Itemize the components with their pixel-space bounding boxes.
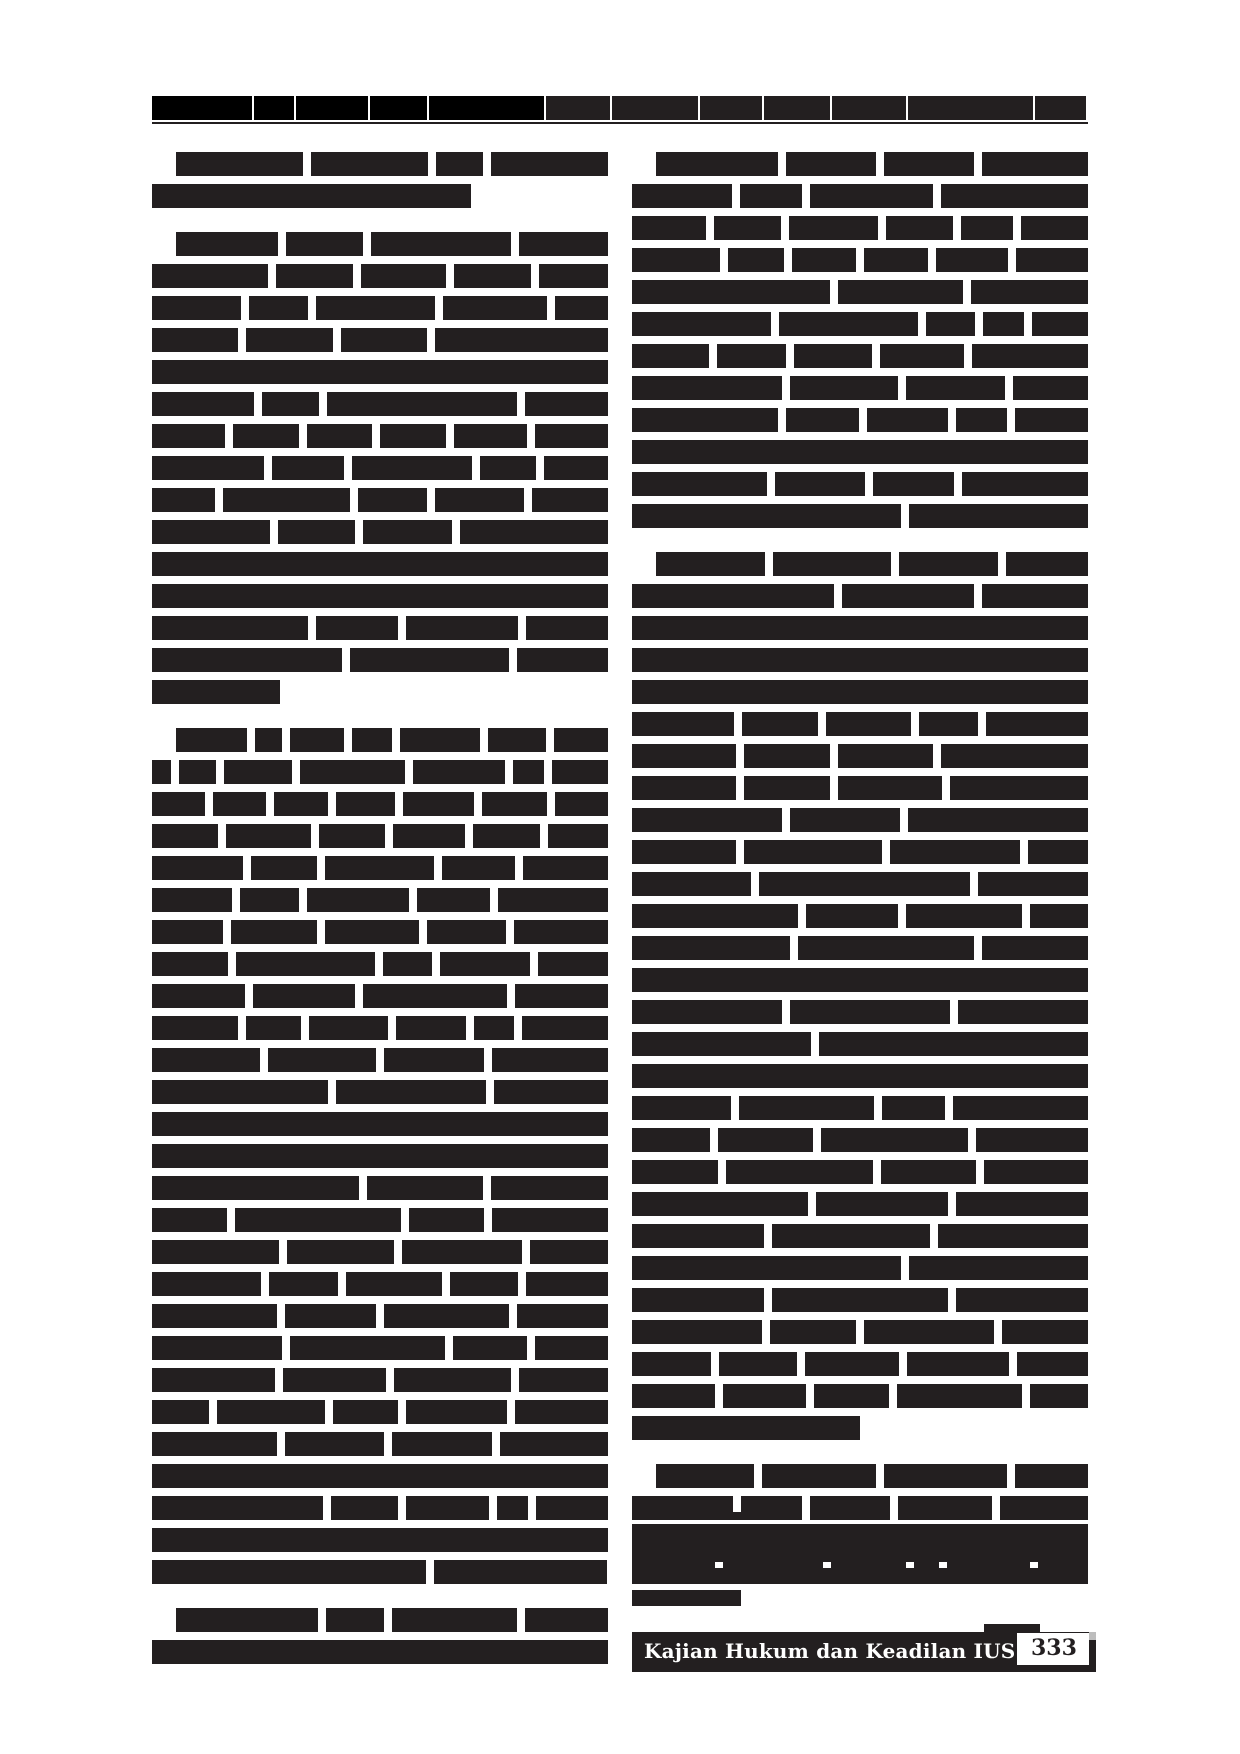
redacted-word	[1015, 1464, 1088, 1488]
redacted-word	[739, 1096, 874, 1120]
redacted-word	[152, 1240, 279, 1264]
redacted-word	[1017, 1352, 1088, 1376]
redacted-word	[517, 648, 608, 672]
redacted-word	[632, 648, 1088, 672]
footer-tab-decoration	[984, 1624, 1040, 1632]
redacted-word	[926, 312, 975, 336]
redacted-word	[231, 920, 317, 944]
redacted-word	[491, 1176, 608, 1200]
redacted-word	[838, 280, 963, 304]
redacted-word	[176, 232, 278, 256]
redacted-word	[971, 280, 1088, 304]
redacted-word	[956, 1192, 1088, 1216]
text-line	[632, 808, 1088, 832]
redacted-word	[539, 264, 608, 288]
redacted-word	[1013, 376, 1088, 400]
redacted-word	[346, 1272, 442, 1296]
redacted-word	[224, 760, 292, 784]
text-line	[632, 1224, 1088, 1248]
redacted-word	[443, 296, 547, 320]
redacted-word	[268, 1048, 376, 1072]
redacted-word	[262, 392, 319, 416]
redacted-word	[394, 1368, 511, 1392]
redacted-word	[632, 872, 751, 896]
redacted-word	[246, 1016, 301, 1040]
text-line	[632, 376, 1088, 400]
redacted-word	[498, 888, 608, 912]
redacted-word	[1030, 904, 1088, 928]
redacted-word	[656, 1464, 754, 1488]
redacted-word	[371, 232, 511, 256]
running-head-text-block	[546, 96, 610, 120]
redacted-word	[326, 1608, 384, 1632]
text-line	[632, 776, 1088, 800]
redacted-word	[632, 968, 1088, 992]
redacted-word	[656, 552, 765, 576]
redacted-word	[786, 408, 859, 432]
redacted-word	[152, 984, 245, 1008]
redacted-word	[982, 152, 1088, 176]
redacted-word	[884, 1464, 1006, 1488]
redacted-word	[632, 280, 830, 304]
redacted-word	[873, 472, 954, 496]
text-line	[152, 392, 608, 416]
text-line	[152, 264, 608, 288]
redacted-word	[255, 728, 282, 752]
redacted-word	[632, 1224, 764, 1248]
redacted-word	[152, 1304, 277, 1328]
redacted-word	[790, 376, 898, 400]
redacted-word	[632, 1000, 782, 1024]
redacted-word	[906, 376, 1006, 400]
redacted-word	[938, 1224, 1088, 1248]
redacted-word	[402, 1240, 522, 1264]
redacted-word	[435, 328, 608, 352]
redacted-word	[982, 584, 1088, 608]
redacted-word	[656, 152, 778, 176]
redacted-word	[307, 888, 409, 912]
redacted-word	[246, 328, 332, 352]
redacted-word	[982, 936, 1088, 960]
redacted-word	[552, 760, 608, 784]
redacted-word	[744, 744, 830, 768]
redacted-word	[319, 824, 385, 848]
redacted-word	[632, 1160, 718, 1184]
redacted-word	[454, 264, 531, 288]
redacted-word	[450, 1272, 518, 1296]
text-line	[632, 872, 1088, 896]
text-line	[632, 280, 1088, 304]
redacted-word	[522, 1016, 608, 1040]
running-head-text-block	[296, 96, 368, 120]
redacted-word	[772, 1288, 948, 1312]
redacted-word	[744, 776, 830, 800]
redacted-word	[290, 728, 344, 752]
redacted-word	[525, 392, 608, 416]
redacted-word	[358, 488, 428, 512]
redacted-word	[632, 776, 736, 800]
redacted-word	[805, 1352, 899, 1376]
redacted-word	[519, 1368, 608, 1392]
redacted-word	[773, 552, 891, 576]
redacted-word	[555, 792, 608, 816]
redacted-word	[770, 1320, 856, 1344]
text-line	[632, 904, 1088, 928]
redacted-word	[632, 1032, 811, 1056]
right-column	[632, 152, 1088, 1608]
redacted-word	[152, 1528, 608, 1552]
redacted-word	[717, 344, 786, 368]
redacted-word	[728, 248, 784, 272]
text-line	[152, 1048, 608, 1072]
text-line	[152, 648, 608, 672]
redacted-word	[152, 1432, 277, 1456]
redacted-word	[536, 1496, 608, 1520]
redacted-word	[523, 856, 608, 880]
redacted-word	[632, 1524, 1088, 1540]
redacted-word	[1028, 840, 1088, 864]
redacted-word	[1030, 1384, 1088, 1408]
redacted-word	[838, 776, 942, 800]
paragraph	[632, 552, 1088, 1440]
text-line	[152, 888, 608, 912]
redacted-word	[361, 264, 446, 288]
redacted-word	[236, 952, 375, 976]
text-line	[632, 1384, 1088, 1408]
footnotes	[632, 1512, 1088, 1612]
redacted-word	[152, 1560, 426, 1584]
redacted-word	[1021, 216, 1088, 240]
redacted-word	[759, 872, 970, 896]
text-line	[152, 456, 608, 480]
redacted-word	[152, 296, 241, 320]
redacted-word	[632, 584, 834, 608]
redacted-word	[492, 1208, 608, 1232]
redacted-word	[152, 488, 215, 512]
redacted-word	[961, 216, 1013, 240]
text-line	[152, 584, 608, 608]
redacted-word	[1002, 1320, 1088, 1344]
redacted-word	[880, 344, 965, 368]
redacted-word	[367, 1176, 484, 1200]
redacted-word	[396, 1016, 467, 1040]
text-line	[152, 1528, 608, 1552]
paragraph	[152, 152, 608, 208]
redacted-word	[152, 1368, 275, 1392]
text-line	[632, 1256, 1088, 1280]
text-line	[152, 360, 608, 384]
redacted-word	[380, 424, 446, 448]
redacted-word	[474, 1016, 513, 1040]
journal-title: Kajian Hukum dan Keadilan IUS	[644, 1639, 1015, 1663]
redacted-word	[417, 888, 490, 912]
text-line	[152, 1080, 608, 1104]
redacted-word	[632, 1384, 715, 1408]
text-line	[632, 1064, 1088, 1088]
redacted-word	[632, 616, 1088, 640]
running-head-text-block	[370, 96, 427, 120]
text-line	[632, 1096, 1088, 1120]
redacted-word	[941, 184, 1088, 208]
redacted-word	[790, 808, 900, 832]
redacted-word	[152, 760, 171, 784]
redacted-word	[632, 312, 771, 336]
text-line	[632, 1160, 1088, 1184]
redacted-word	[152, 952, 228, 976]
redacted-word	[434, 1560, 607, 1584]
redacted-word	[274, 792, 327, 816]
redacted-word	[363, 984, 507, 1008]
redacted-word	[632, 1546, 1088, 1562]
redacted-word	[352, 456, 472, 480]
redacted-word	[226, 824, 310, 848]
redacted-word	[515, 1400, 608, 1424]
paragraph	[632, 152, 1088, 528]
redacted-word	[919, 712, 978, 736]
redacted-word	[632, 248, 720, 272]
text-line	[152, 856, 608, 880]
redacted-word	[544, 456, 608, 480]
redacted-word	[176, 152, 303, 176]
redacted-word	[842, 584, 974, 608]
running-head-text-block	[832, 96, 906, 120]
redacted-word	[789, 216, 878, 240]
text-line	[152, 520, 608, 544]
text-line	[152, 1208, 608, 1232]
text-line	[152, 1112, 608, 1136]
redacted-word	[473, 824, 539, 848]
footnote-line	[632, 1590, 1088, 1606]
redacted-word	[632, 680, 1088, 704]
redacted-word	[554, 728, 608, 752]
redacted-word	[152, 552, 608, 576]
redacted-word	[440, 952, 530, 976]
redacted-word	[152, 328, 238, 352]
paragraph	[152, 728, 608, 1584]
redacted-word	[941, 744, 1088, 768]
redacted-word	[152, 1272, 261, 1296]
text-line	[632, 312, 1088, 336]
redacted-word	[217, 1400, 325, 1424]
redacted-word	[152, 264, 268, 288]
redacted-word	[972, 344, 1088, 368]
text-line	[632, 1192, 1088, 1216]
text-line	[152, 1400, 608, 1424]
redacted-word	[442, 856, 515, 880]
running-head	[152, 96, 1088, 126]
page-number: 333	[1031, 1635, 1077, 1661]
text-line	[152, 728, 608, 752]
text-line	[632, 216, 1088, 240]
redacted-word	[884, 152, 974, 176]
text-line	[152, 1336, 608, 1360]
redacted-word	[632, 1128, 710, 1152]
redacted-word	[1016, 248, 1088, 272]
redacted-word	[632, 1064, 1088, 1088]
journal-page: Kajian Hukum dan Keadilan IUS 333	[0, 0, 1240, 1754]
running-head-text-block	[700, 96, 762, 120]
text-line	[632, 1352, 1088, 1376]
redacted-word	[742, 712, 818, 736]
redacted-word	[978, 872, 1088, 896]
redacted-word	[936, 248, 1008, 272]
redacted-word	[632, 344, 709, 368]
text-line	[632, 504, 1088, 528]
text-line	[152, 184, 608, 208]
running-head-text-block	[254, 96, 294, 120]
text-line	[152, 1272, 608, 1296]
redacted-word	[950, 776, 1088, 800]
redacted-word	[427, 920, 506, 944]
text-line	[152, 1176, 608, 1200]
redacted-word	[287, 1240, 393, 1264]
redacted-word	[152, 1016, 238, 1040]
running-head-text-block	[1035, 96, 1086, 120]
redacted-word	[384, 1304, 509, 1328]
redacted-word	[286, 232, 363, 256]
redacted-word	[223, 488, 350, 512]
text-line	[632, 408, 1088, 432]
redacted-word	[309, 1016, 387, 1040]
text-line	[152, 1432, 608, 1456]
redacted-word	[152, 520, 270, 544]
redacted-word	[249, 296, 308, 320]
redacted-word	[494, 1080, 608, 1104]
redacted-word	[285, 1432, 385, 1456]
redacted-word	[152, 1400, 209, 1424]
redacted-word	[714, 216, 781, 240]
redacted-word	[535, 1336, 608, 1360]
redacted-word	[810, 184, 933, 208]
text-line	[152, 296, 608, 320]
redacted-word	[909, 504, 1088, 528]
redacted-word	[909, 1256, 1088, 1280]
redacted-word	[632, 1590, 741, 1606]
redacted-word	[152, 1112, 608, 1136]
redacted-word	[453, 1336, 526, 1360]
redacted-word	[806, 904, 897, 928]
redacted-word	[908, 808, 1088, 832]
redacted-word	[726, 1160, 873, 1184]
text-line	[152, 792, 608, 816]
redacted-word	[251, 856, 318, 880]
text-line	[632, 648, 1088, 672]
redacted-word	[838, 744, 933, 768]
redacted-word	[514, 920, 608, 944]
running-head-text-block	[152, 96, 252, 120]
redacted-word	[525, 1608, 608, 1632]
redacted-word	[152, 792, 205, 816]
redacted-word	[526, 616, 608, 640]
paragraph	[152, 232, 608, 704]
redacted-word	[392, 1432, 492, 1456]
text-line	[632, 616, 1088, 640]
redacted-word	[897, 1384, 1022, 1408]
text-line	[152, 488, 608, 512]
redacted-word	[384, 1048, 484, 1072]
redacted-word	[632, 712, 734, 736]
page-footer: Kajian Hukum dan Keadilan IUS 333	[632, 1632, 1096, 1672]
running-head-text-block	[764, 96, 830, 120]
redacted-word	[632, 376, 782, 400]
redacted-word	[517, 1304, 608, 1328]
redacted-word	[352, 728, 392, 752]
text-line	[152, 952, 608, 976]
redacted-word	[775, 472, 865, 496]
redacted-word	[513, 760, 544, 784]
text-line	[152, 920, 608, 944]
redacted-word	[984, 1160, 1088, 1184]
redacted-word	[285, 1304, 376, 1328]
redacted-word	[632, 1096, 731, 1120]
redacted-word	[890, 840, 1020, 864]
redacted-word	[881, 1160, 976, 1184]
redacted-word	[383, 952, 432, 976]
redacted-word	[272, 456, 344, 480]
text-line	[632, 680, 1088, 704]
redacted-word	[152, 680, 280, 704]
text-line	[632, 152, 1088, 176]
redacted-word	[899, 552, 999, 576]
text-line	[632, 936, 1088, 960]
redacted-word	[526, 1272, 608, 1296]
redacted-word	[819, 1032, 1088, 1056]
redacted-word	[152, 360, 608, 384]
redacted-word	[480, 456, 536, 480]
running-head-text-block	[429, 96, 543, 120]
running-head-text-block	[612, 96, 699, 120]
redacted-word	[152, 824, 218, 848]
footnote-line	[632, 1568, 1088, 1584]
footnote-separator	[632, 1512, 792, 1520]
redacted-word	[772, 1224, 930, 1248]
redacted-word	[548, 824, 608, 848]
redacted-word	[632, 840, 736, 864]
redacted-word	[718, 1128, 813, 1152]
redacted-word	[240, 888, 298, 912]
redacted-word	[152, 1496, 323, 1520]
redacted-word	[882, 1096, 945, 1120]
text-line	[632, 344, 1088, 368]
redacted-word	[152, 616, 308, 640]
redacted-word	[632, 216, 706, 240]
redacted-word	[826, 712, 911, 736]
text-line	[152, 1608, 608, 1632]
redacted-word	[530, 1240, 608, 1264]
text-line	[632, 1288, 1088, 1312]
text-line	[632, 840, 1088, 864]
redacted-word	[152, 1640, 608, 1664]
redacted-word	[632, 1416, 860, 1440]
redacted-word	[406, 1496, 489, 1520]
redacted-word	[325, 920, 419, 944]
redacted-word	[336, 1080, 486, 1104]
redacted-word	[179, 760, 216, 784]
redacted-word	[400, 728, 480, 752]
redacted-word	[632, 440, 1088, 464]
redacted-word	[488, 728, 546, 752]
redacted-word	[814, 1384, 889, 1408]
redacted-word	[152, 424, 225, 448]
redacted-word	[1006, 552, 1088, 576]
text-line	[152, 152, 608, 176]
text-line	[152, 1304, 608, 1328]
redacted-word	[276, 264, 353, 288]
redacted-word	[176, 728, 247, 752]
left-column	[152, 152, 608, 1688]
paragraph	[152, 1608, 608, 1664]
text-line	[632, 1416, 1088, 1440]
